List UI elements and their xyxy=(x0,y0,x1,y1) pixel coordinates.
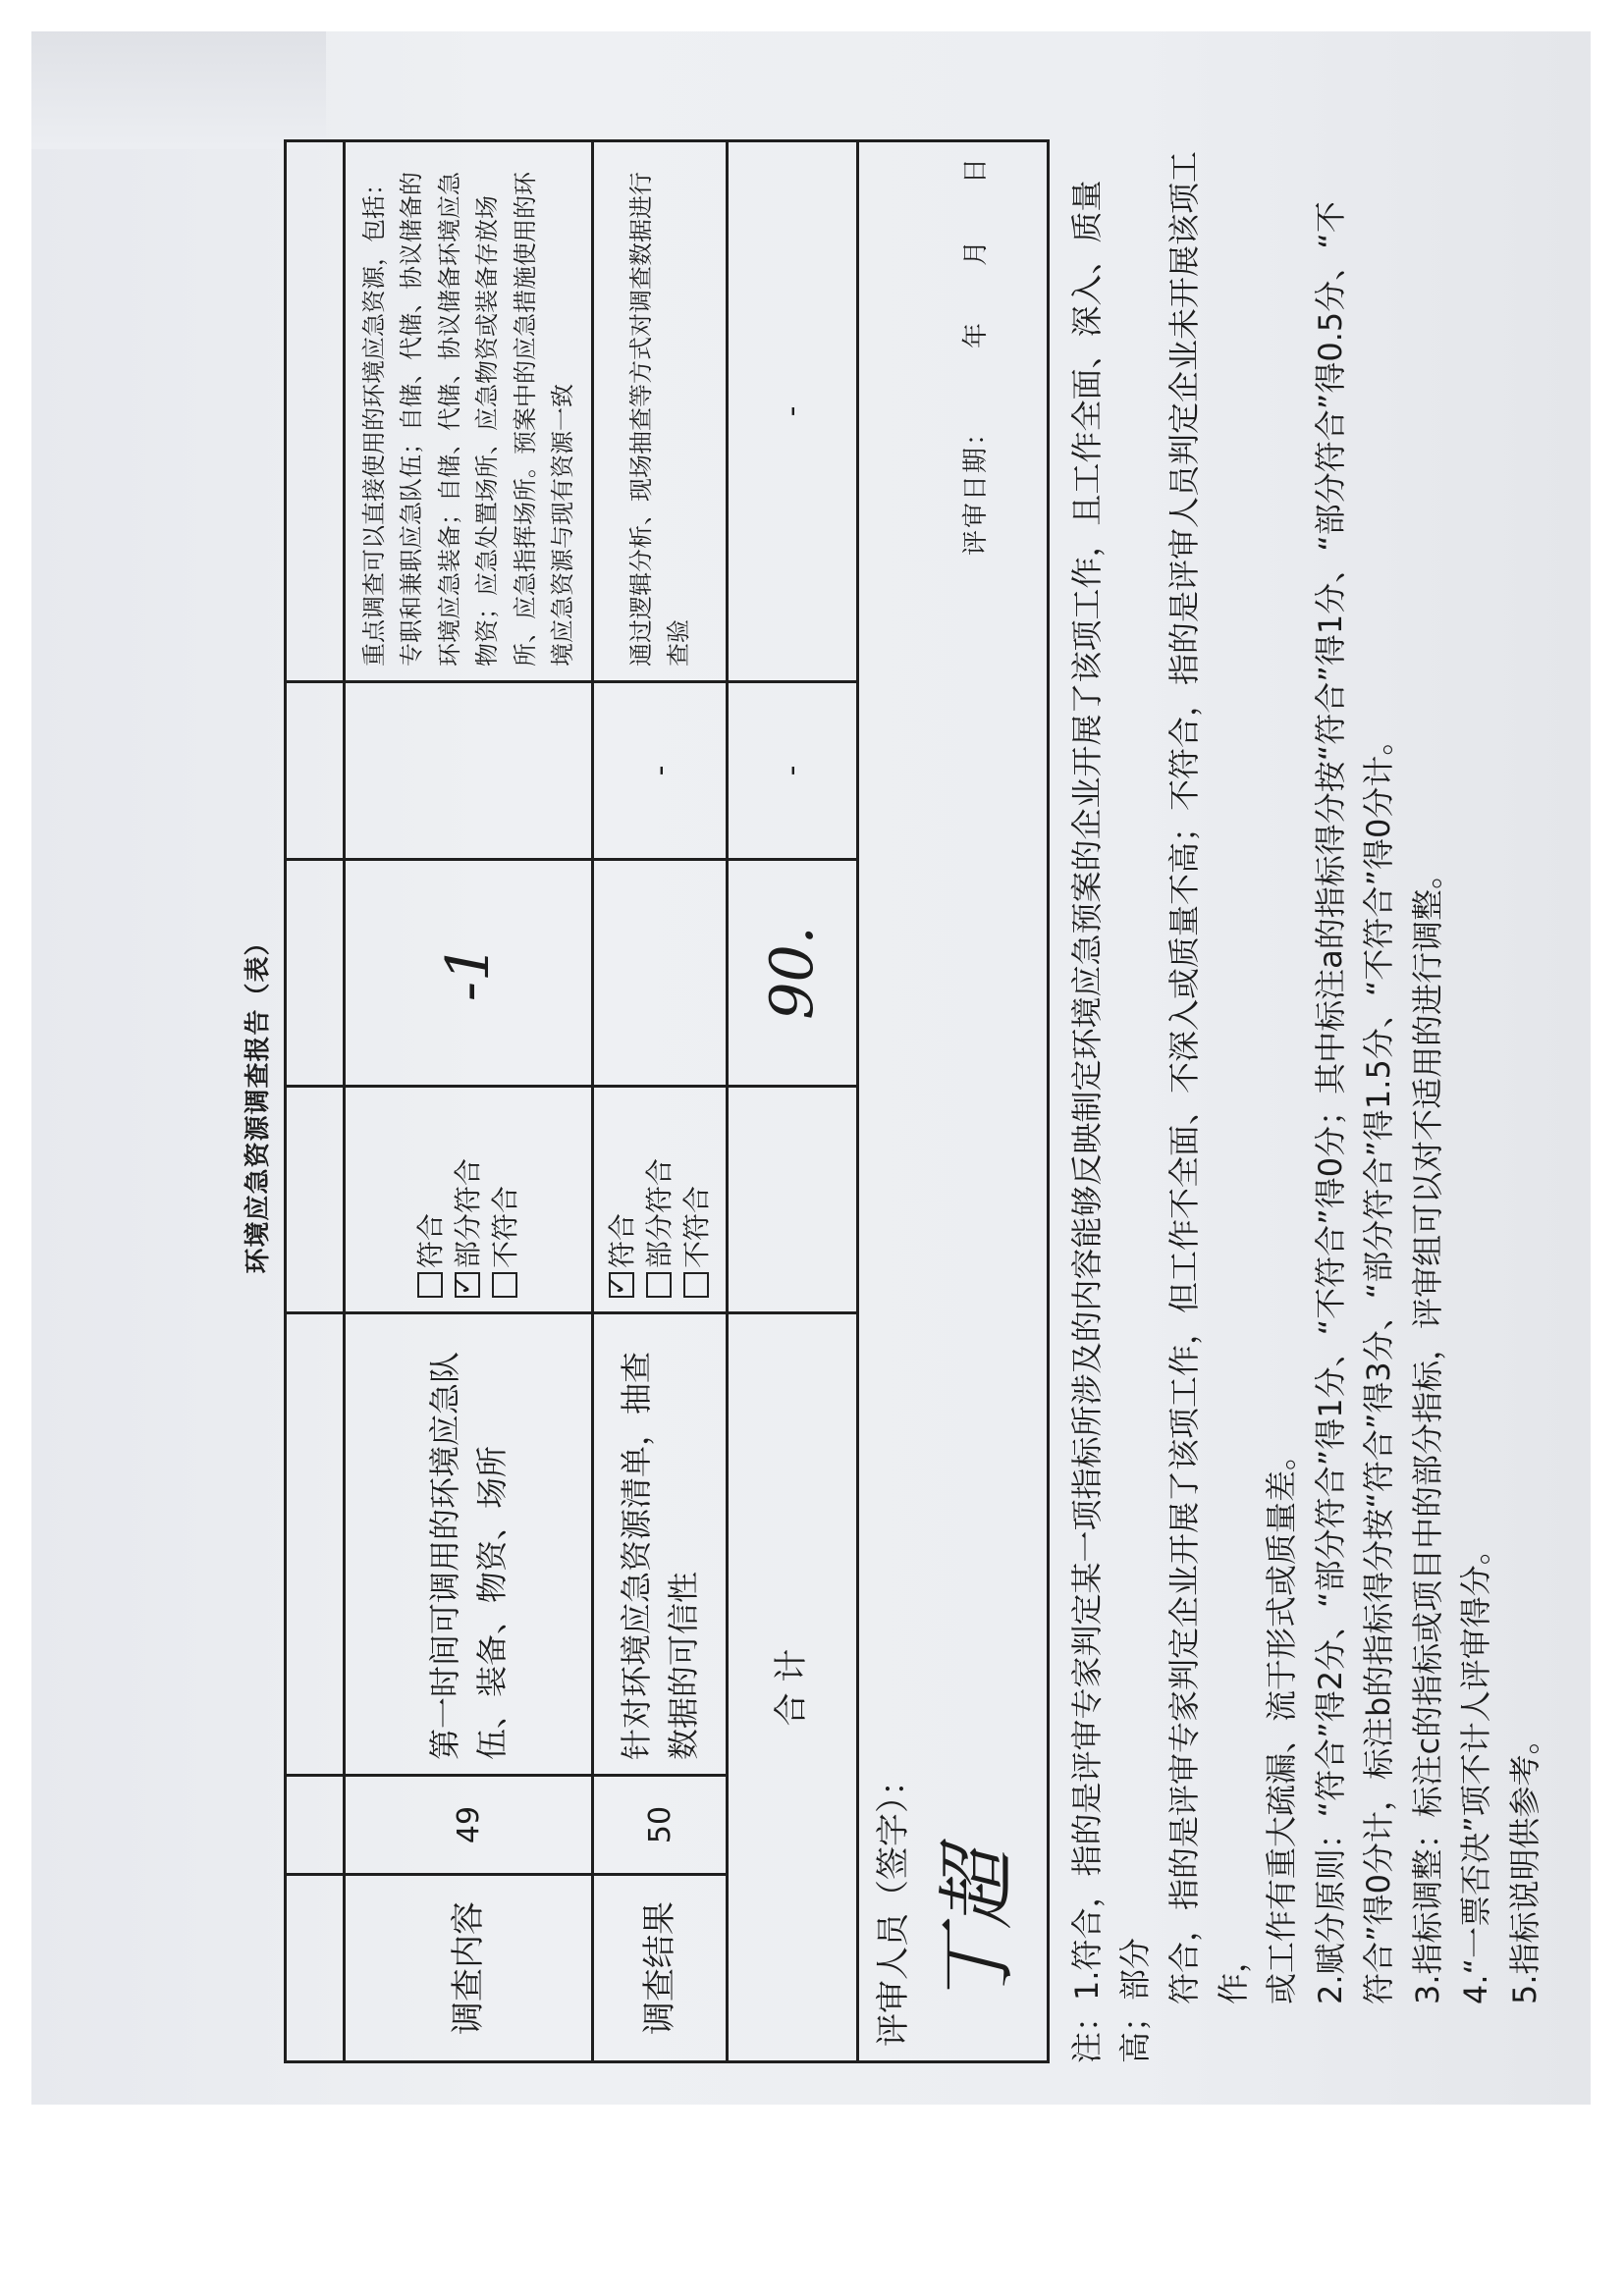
total-method-extra: - xyxy=(727,141,857,682)
score-cell xyxy=(593,860,727,1087)
note-line: 4.“一票否决”项不计人评审得分。 xyxy=(1452,139,1501,2063)
method-text: 通过逻辑分析、现场抽查等方式对调查数据进行查验 xyxy=(593,141,727,682)
checkbox-icon xyxy=(455,1272,480,1298)
table-header-row xyxy=(286,141,345,2062)
report-title: 环境应急资源调查报告（表） xyxy=(238,139,274,2063)
review-date: 评审日期： 年 月 日 xyxy=(957,156,996,556)
photo-background: 环境应急资源调查报告（表） 调查内容 49 第一时间可调用的环境应急队伍、装备、… xyxy=(31,31,1591,2105)
notes-section: 注：1.符合，指的是评审专家判定某一项指标所涉及的内容能够反映制定环境应急预案的… xyxy=(1063,139,1550,2063)
total-score: 90. xyxy=(727,860,857,1087)
item-text: 第一时间可调用的环境应急队伍、装备、物资、场所 xyxy=(345,1313,593,1776)
score-cell: -1 xyxy=(345,860,593,1087)
option-comply[interactable]: 符合 xyxy=(604,1101,641,1298)
table-row: 调查结果 50 针对环境应急资源清单，抽查数据的可信性 符合 部分符合 不符合 … xyxy=(593,141,727,2062)
total-extra: - xyxy=(727,682,857,860)
blank-cell xyxy=(345,682,593,860)
checkbox-icon xyxy=(646,1272,672,1298)
option-partial[interactable]: 部分符合 xyxy=(450,1101,487,1298)
checkbox-icon xyxy=(492,1272,517,1298)
compliance-options: 符合 部分符合 不符合 xyxy=(593,1087,727,1313)
option-noncomply[interactable]: 不符合 xyxy=(487,1101,524,1298)
item-text: 针对环境应急资源清单，抽查数据的可信性 xyxy=(593,1313,727,1776)
note-line: 2.赋分原则：“符合”得2分、“部分符合”得1分、“不符合”得0分；其中标注a的… xyxy=(1307,139,1356,2063)
reviewer-label: 评审人员（签字）： xyxy=(874,1763,913,2047)
total-label: 合 计 xyxy=(727,1313,857,2062)
checkbox-icon xyxy=(609,1272,634,1298)
item-number: 50 xyxy=(593,1776,727,1875)
note-line: 符合，指的是评审专家判定企业开展了该项工作，但工作不全面、不深入或质量不高；不符… xyxy=(1161,139,1258,2063)
note-line: 注：1.符合，指的是评审专家判定某一项指标所涉及的内容能够反映制定环境应急预案的… xyxy=(1063,139,1161,2063)
checkbox-icon xyxy=(683,1272,709,1298)
report-sheet: 环境应急资源调查报告（表） 调查内容 49 第一时间可调用的环境应急队伍、装备、… xyxy=(238,139,1455,2063)
survey-table: 调查内容 49 第一时间可调用的环境应急队伍、装备、物资、场所 符合 部分符合 … xyxy=(284,139,1050,2063)
note-line: 或工作有重大疏漏、流于形式或质量差。 xyxy=(1258,139,1307,2063)
note-line: 5.指标说明供参考。 xyxy=(1501,139,1550,2063)
compliance-options: 符合 部分符合 不符合 xyxy=(345,1087,593,1313)
reviewer-row: 评审人员（签字）： 评审日期： 年 月 日 丁超 xyxy=(857,141,1048,2062)
row-label-result: 调查结果 xyxy=(593,1875,727,2062)
checkbox-icon xyxy=(417,1272,443,1298)
note-line: 3.指标调整：标注c的指标或项目中的部分指标，评审组可以对不适用的进行调整。 xyxy=(1404,139,1453,2063)
page-edge-shadow xyxy=(31,31,326,149)
total-row: 合 计 90. - - xyxy=(727,141,857,2062)
note-line: 符合”得0分计，标注b的指标得分按“符合”得3分、“部分符合”得1.5分、“不符… xyxy=(1355,139,1404,2063)
method-text: 重点调查可以直接使用的环境应急资源，包括：专职和兼职应急队伍；自储、代储、协议储… xyxy=(345,141,593,682)
option-partial[interactable]: 部分符合 xyxy=(641,1101,678,1298)
option-comply[interactable]: 符合 xyxy=(412,1101,450,1298)
blank-cell: - xyxy=(593,682,727,860)
table-row: 调查内容 49 第一时间可调用的环境应急队伍、装备、物资、场所 符合 部分符合 … xyxy=(345,141,593,2062)
option-noncomply[interactable]: 不符合 xyxy=(678,1101,716,1298)
row-label-content: 调查内容 xyxy=(345,1875,593,2062)
item-number: 49 xyxy=(345,1776,593,1875)
